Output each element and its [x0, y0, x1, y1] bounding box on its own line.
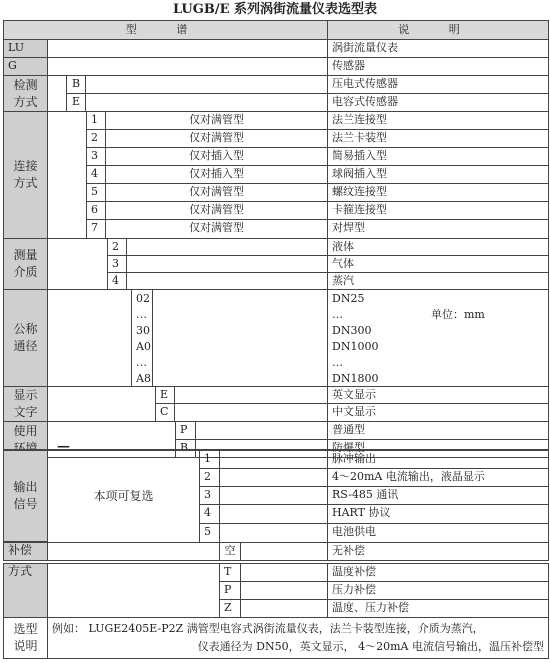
diameter-label: 公称通径 — [3, 289, 48, 387]
connect-desc: 简易插入型 — [327, 147, 549, 166]
comp-desc: 温度、压力补偿 — [327, 599, 549, 618]
output-code: 5 — [199, 523, 220, 543]
env-code: P — [175, 421, 196, 440]
env-blank — [195, 421, 328, 440]
diameter-codes: 02 … 30 A0 … A8 — [131, 289, 153, 387]
output-desc: 4～20mA 电流输出，液晶显示 — [327, 468, 549, 487]
comp-desc: 温度补偿 — [327, 563, 549, 582]
comp-desc: 压力补偿 — [327, 581, 549, 600]
header-model: 型 谱 — [3, 20, 328, 40]
detect-spacer — [47, 75, 67, 112]
comp-blank — [240, 563, 328, 582]
diameter-descs: DN25 …单位：mm DN300 DN1000 … DN1800 — [327, 289, 549, 387]
comp-label-1: 补偿 — [3, 542, 48, 561]
page-title: LUGB/E 系列涡街流量仪表选型表 — [0, 0, 550, 20]
display-desc: 中文显示 — [327, 403, 549, 422]
connect-label: 连接方式 — [3, 111, 48, 239]
connect-code: 2 — [86, 129, 106, 148]
diameter-spacer — [47, 289, 132, 387]
medium-blank — [126, 255, 328, 273]
medium-label: 测量介质 — [3, 238, 48, 290]
medium-desc: 液体 — [327, 238, 549, 256]
comp-spacer-1 — [47, 542, 220, 561]
comp-code: Z — [219, 599, 241, 618]
medium-blank — [126, 238, 328, 256]
connect-code: 5 — [86, 183, 106, 202]
connect-desc: 法兰卡装型 — [327, 129, 549, 148]
connect-desc: 对焊型 — [327, 219, 549, 239]
example-line-1: 例如： LUGE2405E-P2Z 满管型电容式涡街流量仪表，法兰卡装型连接，介… — [52, 620, 544, 638]
connect-desc: 螺纹连接型 — [327, 183, 549, 202]
connect-desc: 法兰连接型 — [327, 111, 549, 130]
display-desc: 英文显示 — [327, 386, 549, 404]
connect-note: 仅对满管型 — [105, 201, 328, 220]
connect-spacer — [47, 111, 87, 239]
connect-note: 仅对满管型 — [105, 129, 328, 148]
medium-desc: 蒸汽 — [327, 272, 549, 290]
comp-label-2: 方式 — [3, 563, 48, 618]
output-desc: HART 协议 — [327, 504, 549, 524]
detect-desc-e: 电容式传感器 — [327, 93, 549, 112]
connect-note: 仅对满管型 — [105, 111, 328, 130]
display-blank — [174, 386, 328, 404]
detect-blank-b — [85, 75, 328, 94]
example-label: 选型说明 — [3, 617, 48, 659]
connect-code: 3 — [86, 147, 106, 166]
display-label: 显示文字 — [3, 386, 48, 422]
connect-note: 仅对插入型 — [105, 165, 328, 184]
lu-code: LU — [3, 39, 48, 58]
output-desc: 脉冲输出 — [327, 449, 549, 469]
output-note: 本项可复选 — [47, 449, 200, 543]
g-code: G — [3, 57, 48, 76]
detect-code-e: E — [66, 93, 86, 112]
comp-code: P — [219, 581, 241, 600]
comp-spacer-2 — [47, 563, 220, 618]
connect-desc: 卡箍连接型 — [327, 201, 549, 220]
comp-desc: 无补偿 — [327, 542, 549, 561]
output-label: 输出信号 — [3, 449, 48, 542]
example-text: 例如： LUGE2405E-P2Z 满管型电容式涡街流量仪表，法兰卡装型连接，介… — [47, 617, 549, 659]
comp-blank — [240, 599, 328, 618]
medium-code: 3 — [107, 255, 127, 273]
connect-code: 4 — [86, 165, 106, 184]
output-code: 1 — [199, 449, 220, 469]
detect-blank-e — [85, 93, 328, 112]
connect-note: 仅对插入型 — [105, 147, 328, 166]
header-desc: 说 明 — [327, 20, 549, 40]
medium-desc: 气体 — [327, 255, 549, 273]
output-blank — [219, 523, 328, 543]
comp-blank — [240, 581, 328, 600]
output-desc: RS-485 通讯 — [327, 486, 549, 505]
example-line-2: 仪表通径为 DN50，英文显示， 4～20mA 电流信号输出，温压补偿型 — [52, 638, 544, 656]
display-code: E — [155, 386, 175, 404]
output-code: 2 — [199, 468, 220, 487]
medium-blank — [126, 272, 328, 290]
display-blank — [174, 403, 328, 422]
connect-code: 6 — [86, 201, 106, 220]
lu-desc: 涡街流量仪表 — [327, 39, 549, 58]
output-code: 3 — [199, 486, 220, 505]
connect-code: 1 — [86, 111, 106, 130]
output-code: 4 — [199, 504, 220, 524]
connect-note: 仅对满管型 — [105, 219, 328, 239]
display-spacer — [47, 386, 156, 422]
display-code: C — [155, 403, 175, 422]
output-blank — [219, 449, 328, 469]
comp-blank — [240, 542, 328, 561]
detect-label: 检测方式 — [3, 75, 48, 112]
detect-desc-b: 压电式传感器 — [327, 75, 549, 94]
unit-label: 单位：mm — [431, 307, 485, 323]
output-blank — [219, 468, 328, 487]
medium-code: 4 — [107, 272, 127, 290]
connect-desc: 球阀插入型 — [327, 165, 549, 184]
detect-code-b: B — [66, 75, 86, 94]
output-blank — [219, 504, 328, 524]
g-blank — [47, 57, 328, 76]
output-desc: 电池供电 — [327, 523, 549, 543]
env-desc: 普通型 — [327, 421, 549, 440]
connect-note: 仅对满管型 — [105, 183, 328, 202]
output-blank — [219, 486, 328, 505]
selection-table: 型 谱 说 明 LU 涡街流量仪表 G 传感器 检测方式 B 压电式传感器 E … — [3, 20, 549, 660]
medium-spacer — [47, 238, 108, 290]
connect-code: 7 — [86, 219, 106, 239]
comp-code: 空 — [219, 542, 241, 561]
medium-code: 2 — [107, 238, 127, 256]
g-desc: 传感器 — [327, 57, 549, 76]
comp-code: T — [219, 563, 241, 582]
lu-blank — [47, 39, 328, 58]
diameter-blank — [152, 289, 328, 387]
